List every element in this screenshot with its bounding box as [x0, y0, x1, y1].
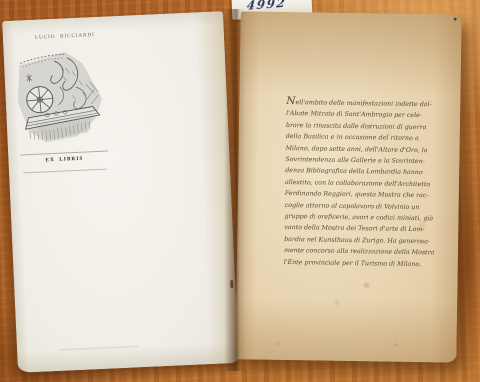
corner-blemish — [454, 18, 457, 21]
ex-libris-caption: EX LIBRIS — [20, 155, 108, 165]
paragraph-line-text: ell'ambito delle manifestazioni indette … — [295, 99, 431, 108]
photo-open-book-on-wood-table: 4992 LUCIO RICCIARDI — [0, 0, 480, 382]
paragraph-line: l'Ente provinciale per il Turismo di Mil… — [284, 257, 417, 270]
rusty-staple — [230, 280, 233, 288]
owner-name: LUCIO RICCIARDI — [5, 31, 125, 42]
drop-cap-initial: N — [286, 95, 295, 107]
bookplate-illustration — [10, 46, 110, 148]
left-page: LUCIO RICCIARDI — [2, 11, 239, 373]
right-page: Nell'ambito delle manifestazioni indette… — [235, 11, 461, 362]
faint-offset-mark — [59, 345, 139, 351]
colophon-paragraph: Nell'ambito delle manifestazioni indette… — [284, 96, 420, 270]
carved-stone-sketch-icon — [10, 46, 110, 148]
bookplate-rule-bottom — [23, 169, 107, 174]
